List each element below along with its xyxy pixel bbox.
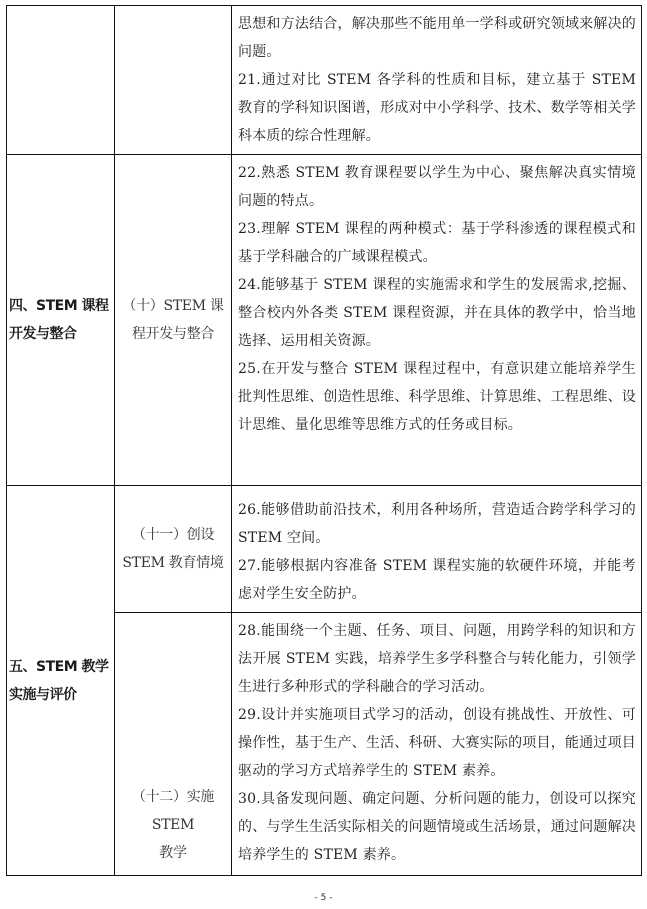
item-30: 30.具备发现问题、确定问题、分析问题的能力，创设可以探究的、与学生生活实际相关… — [238, 785, 636, 869]
item-24: 24.能够基于 STEM 课程的实施需求和学生的发展需求,挖掘、整合校内外各类 … — [238, 271, 636, 355]
subdomain-title-line-1: （十）STEM 课 — [115, 292, 231, 320]
standards-table: 思想和方法结合，解决那些不能用单一学科或研究领域来解决的问题。 21.通过对比 … — [6, 5, 642, 876]
item-26: 26.能够借助前沿技术，利用各种场所，营造适合跨学科学习的 STEM 空间。 — [238, 496, 636, 552]
subdomain-title-line-1: （十一）创设 — [115, 521, 231, 549]
items-cell: 26.能够借助前沿技术，利用各种场所，营造适合跨学科学习的 STEM 空间。 2… — [232, 486, 642, 613]
item-27: 27.能够根据内容准备 STEM 课程实施的软硬件环境，并能考虑对学生安全防护。 — [238, 552, 636, 608]
domain-title-line-2: 实施与评价 — [9, 681, 114, 709]
subdomain-cell-11: （十一）创设 STEM 教育情境 — [115, 486, 232, 613]
page-number: - 5 - — [0, 893, 647, 903]
subdomain-title-line-1: （十二）实施 — [115, 783, 231, 811]
table-row-domain-5a: 五、STEM 教学 实施与评价 （十一）创设 STEM 教育情境 26.能够借助… — [7, 486, 642, 613]
items-cell: 22.熟悉 STEM 教育课程要以学生为中心、聚焦解决真实情境问题的特点。 23… — [232, 155, 642, 486]
domain-cell-empty — [7, 6, 115, 155]
subdomain-title-line-2: 程开发与整合 — [115, 320, 231, 348]
item-28: 28.能围绕一个主题、任务、项目、问题，用跨学科的知识和方法开展 STEM 实践… — [238, 617, 636, 701]
domain-title-line-1: 四、STEM 课程 — [9, 292, 114, 320]
subdomain-title-line-2: STEM — [115, 811, 231, 839]
item-20-continued: 思想和方法结合，解决那些不能用单一学科或研究领域来解决的问题。 — [238, 10, 636, 66]
item-22: 22.熟悉 STEM 教育课程要以学生为中心、聚焦解决真实情境问题的特点。 — [238, 159, 636, 215]
item-29: 29.设计并实施项目式学习的活动，创设有挑战性、开放性、可操作性，基于生产、生活… — [238, 701, 636, 785]
domain-cell-4: 四、STEM 课程 开发与整合 — [7, 155, 115, 486]
item-25: 25.在开发与整合 STEM 课程过程中，有意识建立能培养学生批判性思维、创造性… — [238, 355, 636, 439]
items-cell: 28.能围绕一个主题、任务、项目、问题，用跨学科的知识和方法开展 STEM 实践… — [232, 613, 642, 876]
table-row-domain-4: 四、STEM 课程 开发与整合 （十）STEM 课 程开发与整合 22.熟悉 S… — [7, 155, 642, 486]
subdomain-cell-empty — [115, 6, 232, 155]
table-row-continuation: 思想和方法结合，解决那些不能用单一学科或研究领域来解决的问题。 21.通过对比 … — [7, 6, 642, 155]
subdomain-title-line-2: STEM 教育情境 — [115, 549, 231, 577]
subdomain-title-line-3: 教学 — [115, 839, 231, 867]
document-page: 思想和方法结合，解决那些不能用单一学科或研究领域来解决的问题。 21.通过对比 … — [0, 0, 647, 909]
domain-cell-5: 五、STEM 教学 实施与评价 — [7, 486, 115, 876]
item-23: 23.理解 STEM 课程的两种模式：基于学科渗透的课程模式和基于学科融合的广域… — [238, 215, 636, 271]
domain-title-line-1: 五、STEM 教学 — [9, 653, 114, 681]
domain-title-line-2: 开发与整合 — [9, 320, 114, 348]
items-cell: 思想和方法结合，解决那些不能用单一学科或研究领域来解决的问题。 21.通过对比 … — [232, 6, 642, 155]
subdomain-cell-12: （十二）实施 STEM 教学 — [115, 613, 232, 876]
item-21: 21.通过对比 STEM 各学科的性质和目标，建立基于 STEM 教育的学科知识… — [238, 66, 636, 150]
subdomain-cell-10: （十）STEM 课 程开发与整合 — [115, 155, 232, 486]
